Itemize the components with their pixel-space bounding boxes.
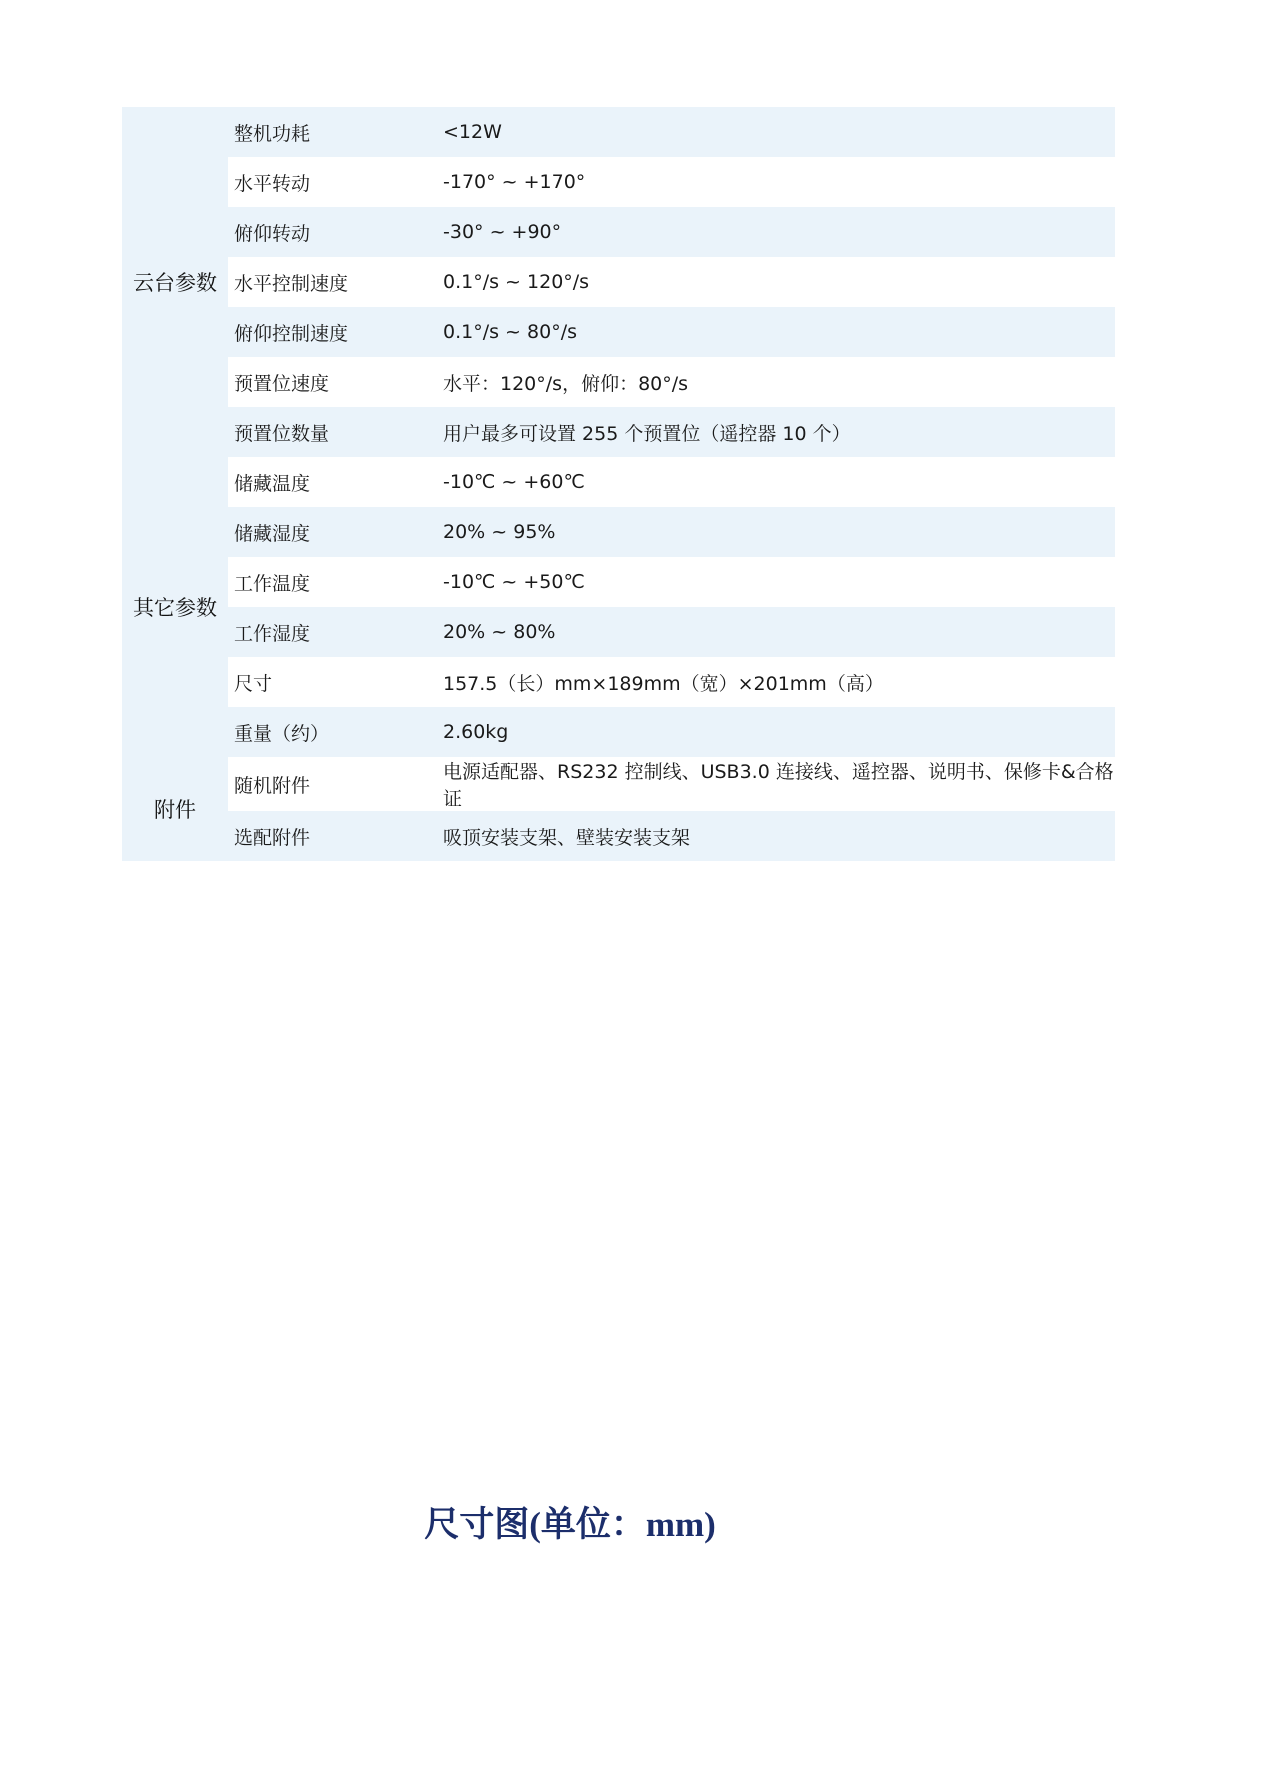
- category-cell: 附件: [122, 757, 228, 861]
- category-cell: 云台参数: [122, 107, 228, 457]
- row-value: 水平：120°/s，俯仰：80°/s: [443, 357, 1115, 407]
- row-label: 预置位速度: [228, 357, 443, 407]
- row-label: 尺寸: [228, 657, 443, 707]
- row-value: 电源适配器、RS232 控制线、USB3.0 连接线、遥控器、说明书、保修卡&合…: [443, 757, 1115, 811]
- table-row: 尺寸 157.5（长）mm×189mm（宽）×201mm（高）: [122, 657, 1115, 707]
- row-value: <12W: [443, 107, 1115, 157]
- table-row: 重量（约） 2.60kg: [122, 707, 1115, 757]
- table-row: 预置位速度 水平：120°/s，俯仰：80°/s: [122, 357, 1115, 407]
- row-label: 选配附件: [228, 811, 443, 861]
- dimension-diagram-title: 尺寸图(单位：mm): [0, 1497, 1140, 1547]
- row-label: 随机附件: [228, 757, 443, 811]
- row-value: 用户最多可设置 255 个预置位（遥控器 10 个）: [443, 407, 1115, 457]
- row-label: 整机功耗: [228, 107, 443, 157]
- row-value: 20% ~ 95%: [443, 507, 1115, 557]
- row-value: -10℃ ~ +50℃: [443, 557, 1115, 607]
- row-label: 储藏湿度: [228, 507, 443, 557]
- table-row: 俯仰控制速度 0.1°/s ~ 80°/s: [122, 307, 1115, 357]
- table-row: 选配附件 吸顶安装支架、壁装安装支架: [122, 811, 1115, 861]
- table-row: 预置位数量 用户最多可设置 255 个预置位（遥控器 10 个）: [122, 407, 1115, 457]
- table-row: 工作温度 -10℃ ~ +50℃: [122, 557, 1115, 607]
- row-label: 重量（约）: [228, 707, 443, 757]
- row-value: 157.5（长）mm×189mm（宽）×201mm（高）: [443, 657, 1115, 707]
- row-value: 吸顶安装支架、壁装安装支架: [443, 811, 1115, 861]
- table-row: 云台参数 整机功耗 <12W: [122, 107, 1115, 157]
- table-row: 俯仰转动 -30° ~ +90°: [122, 207, 1115, 257]
- table-row: 水平转动 -170° ~ +170°: [122, 157, 1115, 207]
- table-row: 附件 随机附件 电源适配器、RS232 控制线、USB3.0 连接线、遥控器、说…: [122, 757, 1115, 811]
- row-label: 储藏温度: [228, 457, 443, 507]
- row-label: 工作温度: [228, 557, 443, 607]
- row-label: 工作湿度: [228, 607, 443, 657]
- spec-table: 云台参数 整机功耗 <12W 水平转动 -170° ~ +170° 俯仰转动 -…: [122, 107, 1115, 861]
- row-value: 0.1°/s ~ 120°/s: [443, 257, 1115, 307]
- row-label: 俯仰控制速度: [228, 307, 443, 357]
- row-label: 水平转动: [228, 157, 443, 207]
- table-row: 储藏湿度 20% ~ 95%: [122, 507, 1115, 557]
- row-label: 水平控制速度: [228, 257, 443, 307]
- row-value: 20% ~ 80%: [443, 607, 1115, 657]
- table-row: 水平控制速度 0.1°/s ~ 120°/s: [122, 257, 1115, 307]
- row-label: 俯仰转动: [228, 207, 443, 257]
- row-value: -30° ~ +90°: [443, 207, 1115, 257]
- row-value: 0.1°/s ~ 80°/s: [443, 307, 1115, 357]
- category-cell: 其它参数: [122, 457, 228, 757]
- row-value: 2.60kg: [443, 707, 1115, 757]
- table-row: 其它参数 储藏温度 -10℃ ~ +60℃: [122, 457, 1115, 507]
- row-value: -10℃ ~ +60℃: [443, 457, 1115, 507]
- row-label: 预置位数量: [228, 407, 443, 457]
- table-row: 工作湿度 20% ~ 80%: [122, 607, 1115, 657]
- row-value: -170° ~ +170°: [443, 157, 1115, 207]
